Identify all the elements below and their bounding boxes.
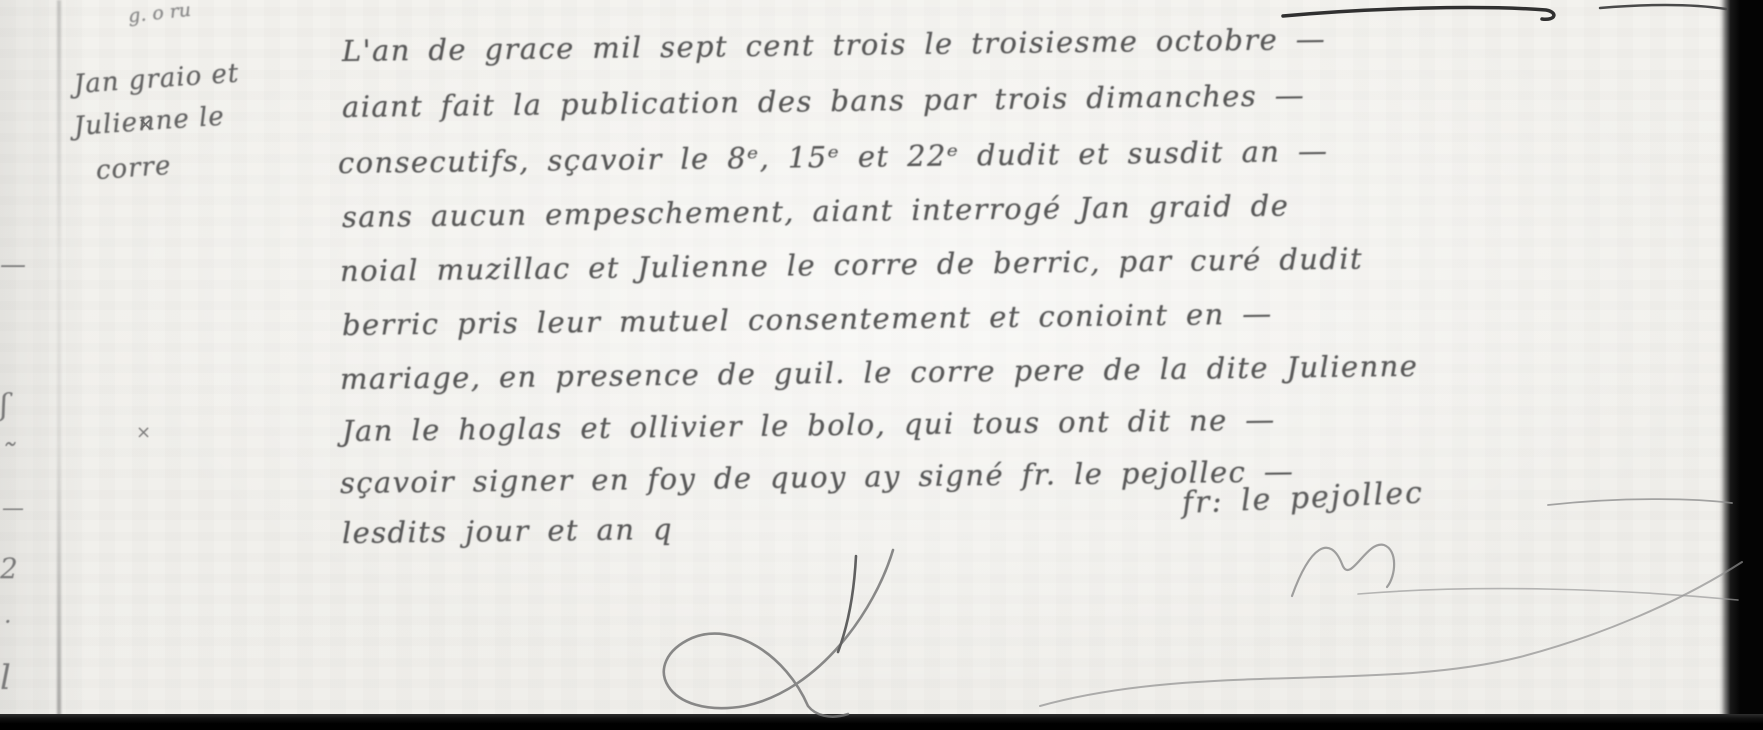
bottom-sweep-stroke: [1040, 562, 1742, 706]
top-right-pen-stroke: [1283, 8, 1554, 20]
document-scan: g. o ru Jan graio et × Julienne le corre…: [0, 0, 1763, 730]
paraph-loop: [664, 550, 893, 717]
trailing-line: [1548, 499, 1732, 505]
flourish-strokes: [0, 0, 1763, 730]
signature-paraph: [1292, 545, 1394, 596]
bottom-faint-line: [1358, 589, 1738, 600]
top-right-pen-stroke: [1600, 5, 1726, 9]
